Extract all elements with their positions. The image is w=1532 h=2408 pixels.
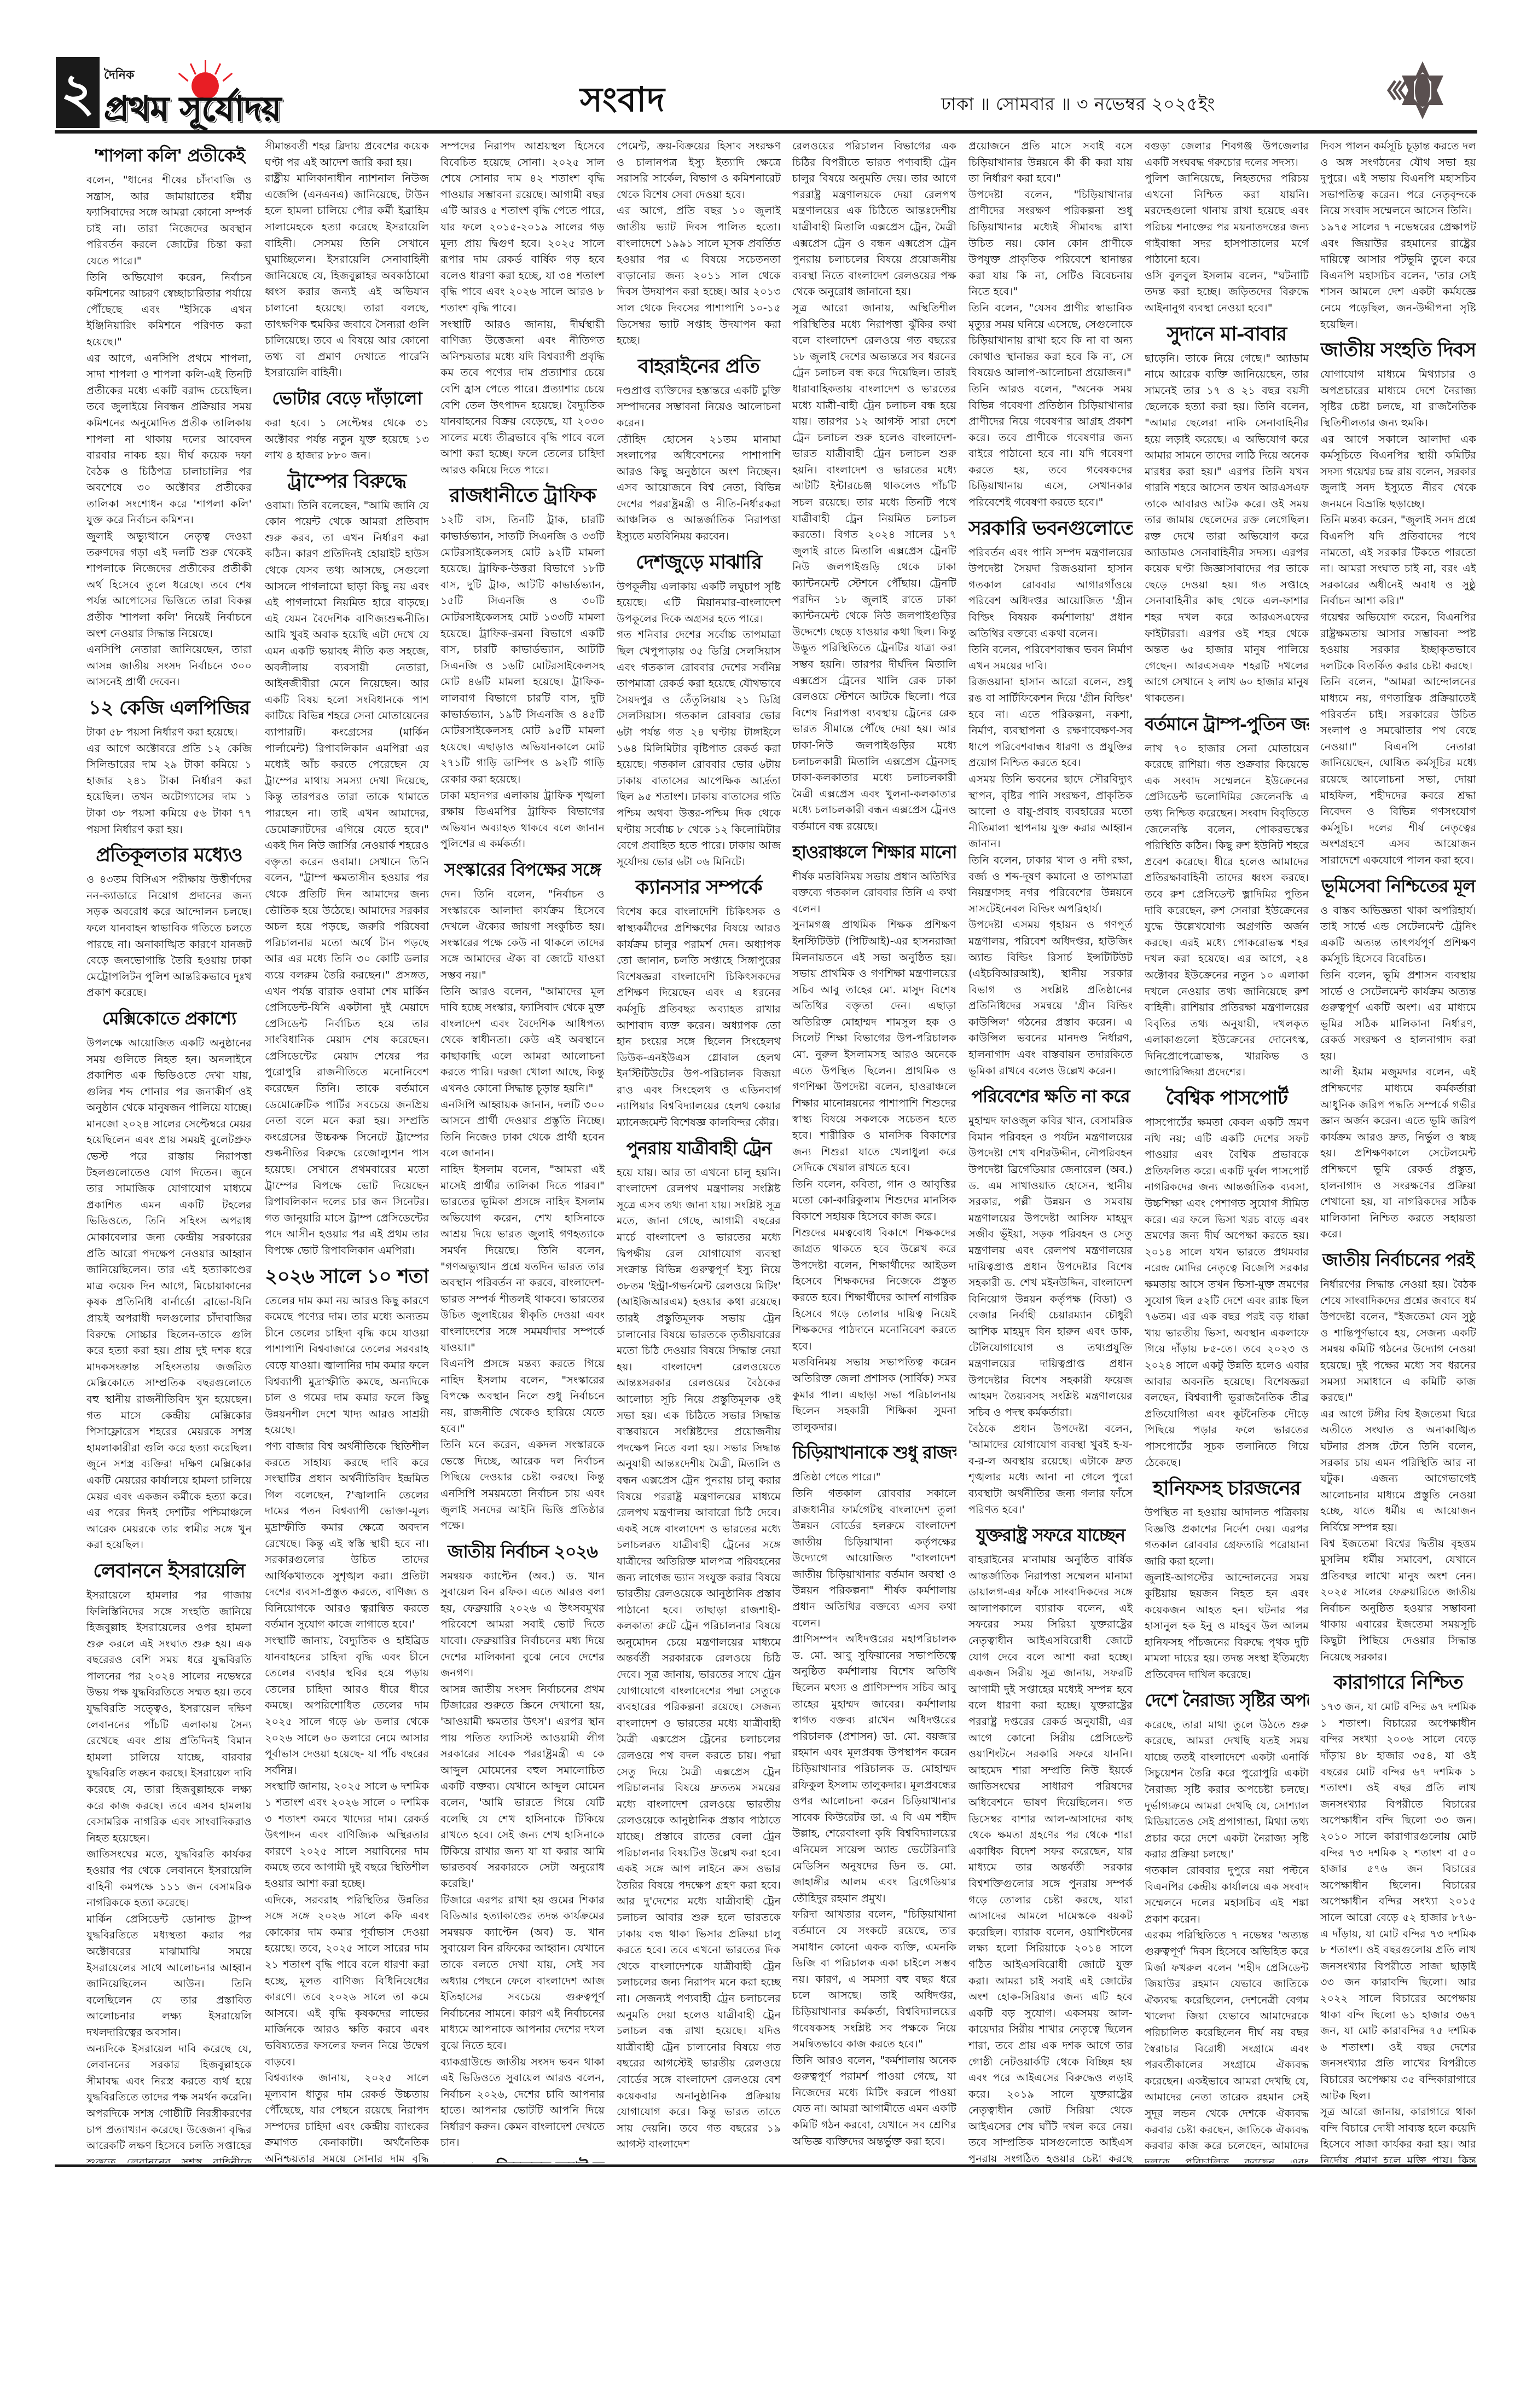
article-headline[interactable]: যুক্তরাষ্ট্র সফরে যাচ্ছেন [968,1520,1133,1550]
article-paragraph: প্রতিষ্ঠা পেতে পারে।" [792,1469,956,1485]
section-title: সংবাদ [580,74,665,130]
article-paragraph: ১৯৭৫ সালের ৭ নভেম্বরের প্রেক্ষাপট এবং জি… [1320,219,1476,332]
sun-ray-icon [223,73,233,82]
article-paragraph: এনসিপি নেতারা জানিয়েছেন, তারা আসন্ন জাত… [86,641,252,690]
article-paragraph: টাকা ৫৮ পয়সা নির্ধারণ করা হয়েছে। [86,724,252,740]
article-paragraph: পরিবর্তন এবং পানি সম্পদ মন্ত্রণালয়ের উপ… [968,545,1133,642]
article-headline[interactable]: ১২ কেজি এলপিজির [86,692,252,723]
article-headline[interactable]: সুদানে মা-বাবার [1145,319,1309,349]
article-paragraph: জুলাই-আগস্টের আন্দোলনের সময় কুষ্টিয়ায়… [1145,1570,1309,1683]
article-paragraph: উপলক্ষে আয়োজিত একটি অনুষ্ঠানের সময় গুল… [86,1035,252,1553]
article-paragraph: উপস্থিত না হওয়ায় আদালত পত্রিকায় বিজ্ঞ… [1145,1504,1309,1569]
footer-divider [55,2164,1477,2167]
article-headline[interactable]: জাতীয় সংহতি দিবস [1320,334,1476,365]
article-paragraph: ও বাস্তব অভিজ্ঞতা থাকা অপরিহার্য। তাই সা… [1320,902,1476,967]
article-paragraph: সম্পদের নিরাপদ আশ্রয়স্থল হিসেবে বিবেচিত… [440,138,605,316]
article-paragraph: জাতিসংঘের মতে, যুদ্ধবিরতি কার্যকর হওয়ার… [86,1846,252,1911]
article-paragraph: সমন্বয়ক ক্যাপ্টেন (অব.) ড. খান সুবায়েল… [440,1568,605,1681]
article-paragraph: আসন্ন জাতীয় সংসদ নির্বাচনের প্রথম টিজার… [440,1681,605,1892]
article-paragraph: সুনামগঞ্জ প্রাথমিক শিক্ষক প্রশিক্ষণ ইনস্… [792,917,956,1176]
article-headline[interactable]: বর্তমানে ট্রাম্প-পুতিন জরুরি [1145,709,1309,739]
article-headline[interactable]: কারাগারে নিশ্চিত [1320,1667,1476,1698]
article-paragraph: অন্যদিকে ইসরায়েল দাবি করেছে যে, লেবাননে… [86,2041,252,2163]
article-headline[interactable]: বৈশ্বিক পাসপোর্ট [1145,1083,1309,1113]
news-column-1: 'শাপলা কলি' প্রতীকেইবলেন, "ধানের শীষের চ… [86,138,252,2163]
news-column-2: সীমান্তবর্তী শহর ব্লিদায় প্রবেশের কয়েক… [265,138,429,2163]
page-number: ২ [56,57,100,128]
article-paragraph: উপদেষ্টা বলেন, "চিড়িয়াখানার প্রাণীদের … [968,187,1133,300]
article-paragraph: এর আগে টঙ্গীর বিশ্ব ইজতেমা ঘিরে অতীতে সং… [1320,1406,1476,1536]
article-headline[interactable]: সরকারি ভবনগুলোতে [968,513,1133,543]
article-paragraph: বিশ্বব্যাংক জানায়, ২০২৫ সালে মূল্যবান ধ… [265,2070,429,2163]
article-paragraph: তিনি বলেন, কবিতা, গান ও আবৃত্তির মতো কো-… [792,1176,956,1225]
article-paragraph: ছাড়েনি। তাকে নিয়ে গেছে।" অ্যাডাম নামে … [1145,350,1309,707]
article-paragraph: তিনি বলেন, "আমরা আন্দোলনের মাধ্যমে নয়, … [1320,674,1476,868]
article-paragraph: তিনি মনে করেন, একদল সংস্কারকে ভেস্তে দিচ… [440,1437,605,1534]
article-paragraph: তিনি বলেন, পরিবেশবান্ধব ভবন নির্মাণ এখন … [968,641,1133,674]
article-headline[interactable]: ভূমিসেবা নিশ্চিতের মূল [1320,871,1476,901]
article-headline[interactable]: রাজধানীতে ট্রাফিক [440,480,605,511]
article-paragraph: তিনি আরও বলেন, "অনেক সময় বিভিন্ন গবেষণা… [968,381,1133,511]
article-paragraph: বিশ্ব ইজতেমা বিশ্বের দ্বিতীয় বৃহত্তম মু… [1320,1536,1476,1665]
article-paragraph: এদিকে, সরবরাহ পরিস্থিতির উন্নতির সঙ্গে স… [265,1892,429,2070]
article-paragraph: সংস্থাটি জানায়, ২০২৫ সালে ৬ দশমিক ১ শতা… [265,1778,429,1891]
article-paragraph: গতকাল রোববার দুপুরে নয়া পল্টনে বিএনপির … [1145,1862,1309,1927]
article-paragraph: মার্কিন প্রেসিডেন্ট ডোনাল্ড ট্রাম্প যুদ্… [86,1911,252,2041]
article-paragraph: দেন। তিনি বলেন, "নির্বাচন ও সংস্কারকে আল… [440,886,605,983]
article-paragraph: ১২টি বাস, তিনটি ট্রাক, চারটি কাভার্ডভ্যা… [440,512,605,787]
article-paragraph: তেলের দাম কমা নয় আরও কিছু কারণে কমেছে প… [265,1293,429,1438]
article-paragraph: ইসরায়েলে হামলার পর গাজায় ফিলিস্তিনিদের… [86,1587,252,1846]
dateline: ঢাকা ॥ সোমবার ॥ ৩ নভেম্বর ২০২৫ইং [941,90,1215,120]
article-paragraph: মুহাম্মদ ফাওজুল কবির খান, বেসামরিক বিমান… [968,1113,1133,1420]
article-paragraph: সংস্থাটি আরও জানায়, দীর্ঘস্থায়ী বাণিজ্… [440,316,605,478]
article-paragraph: ওবামা। তিনি বলেছেন, "আমি জানি যে কোন পয়… [265,497,429,1259]
article-headline[interactable]: পরিবেশের ক্ষতি না করে [968,1081,1133,1112]
article-paragraph: এসময় তিনি ভবনের ছাদে সৌরবিদ্যুৎ স্থাপন,… [968,771,1133,852]
article-paragraph: পেমেন্ট, ক্রয়-বিক্রয়ের হিসাব সংরক্ষণ ও… [617,138,781,202]
article-headline[interactable]: বাহরাইনের প্রতি [617,351,781,381]
article-paragraph: জুলাই অভ্যুত্থানে নেতৃত্ব দেওয়া তরুণদের… [86,528,252,641]
article-paragraph: ও ৪৩তম বিসিএস পরীক্ষায় উত্তীর্ণদের নন-ক… [86,871,252,1001]
article-headline[interactable]: ভোটার বেড়ে দাঁড়ালো [265,383,429,414]
article-paragraph: উপদেষ্টা এসময় গৃহায়ন ও গণপূর্ত মন্ত্রণ… [968,917,1133,1079]
article-paragraph: তিনি মন্তব্য করেন, "জুলাই সনদ প্রশ্নে বি… [1320,512,1476,609]
article-paragraph: সূত্র আরো জানায়, অস্থিতিশীল পরিস্থিতির … [792,300,956,835]
article-headline[interactable]: পুনরায় যাত্রীবাহী ট্রেন [617,1133,781,1164]
article-paragraph: তিনি বলেন, ঢাকার খাল ও নদী রক্ষা, বর্জ্য… [968,852,1133,917]
article-paragraph: সীমান্তবর্তী শহর ব্লিদায় প্রবেশের কয়েক… [265,138,429,170]
sun-ray-icon [190,63,196,74]
article-paragraph: রিজওয়ানা হাসান আরো বলেন, শুধু রঙ বা সার… [968,674,1133,771]
article-paragraph: তিনি অভিযোগ করেন, নির্বাচন কমিশনের আচরণ … [86,269,252,350]
article-paragraph: ১৭৩ জন, যা মোট বন্দির ৬৭ দশমিক ১ শতাংশ। … [1320,1699,1476,2104]
article-paragraph: তৌহিদ হোসেন ২১তম মানামা সংলাপের অধিবেশনে… [617,431,781,545]
article-paragraph: প্রাণিসম্পদ অধিদপ্তরের মহাপরিচালক ড. মো.… [792,1631,956,1906]
article-paragraph: বিশেষ করে বাংলাদেশি চিকিৎসক ও স্বাস্থ্যক… [617,904,781,1130]
article-paragraph: আলী ইমাম মজুমদার বলেন, এই প্রশিক্ষণের মা… [1320,1064,1476,1242]
article-paragraph: শীর্ষক মতবিনিময় সভায় প্রধান অতিথির বক্… [792,869,956,917]
article-paragraph: এর আগে অক্টোবরে প্রতি ১২ কেজি সিলিন্ডারে… [86,740,252,838]
star-emblem-icon [1384,60,1444,120]
article-headline[interactable]: জাতীয় নির্বাচন ২০২৬ [440,1536,605,1567]
masthead-divider [55,130,1477,134]
sun-ray-icon [205,60,206,72]
article-headline[interactable]: হাওরাঞ্চলে শিক্ষার মানোন্নয়নে [792,837,956,867]
article-paragraph: প্রয়োজনে প্রতি মাসে সবাই বসে চিড়িয়াখা… [968,138,1133,187]
newspaper-logo: দৈনিক প্রথম সূর্যোদয় [104,60,285,131]
article-paragraph: বিএনপি প্রসঙ্গে মন্তব্য করতে গিয়ে নাহিদ… [440,1356,605,1437]
article-headline[interactable]: প্রতিকূলতার মধ্যেও [86,840,252,870]
sun-ray-icon [178,73,189,82]
article-paragraph: তিনি বলেন, ভূমি প্রশাসন ব্যবস্থায় সার্ভ… [1320,967,1476,1064]
article-paragraph: তিনি আরও বলেন, "আমাদের মূল দাবি হচ্ছে সং… [440,983,605,1097]
article-paragraph: ব্যাকগ্রাউন্ডে জাতীয় সংসদ ভবন থাকা এই ভ… [440,2054,605,2151]
article-paragraph: উপকূলীয় এলাকায় একটি লঘুচাপ সৃষ্টি হয়ে… [617,578,781,627]
article-paragraph: করা হবে। ১ সেপ্টেম্বর থেকে ৩১ অক্টোবর পর… [265,415,429,464]
article-paragraph: তিনি আরও বলেন, "কর্মশালায় অনেক গুরুত্বপ… [792,2052,956,2150]
article-headline[interactable]: ক্যানসার সম্পর্কে [617,872,781,902]
article-headline[interactable]: সংস্কারের বিপক্ষের সঙ্গে [440,854,605,885]
article-headline[interactable]: লেবাননে ইসরায়েলি [86,1555,252,1586]
article-paragraph: বাহরাইনের মানামায় অনুষ্ঠিত বার্ষিক আন্ত… [968,1552,1133,2163]
article-paragraph: শিশুদের মমত্ববোধ বিকাশে শিক্ষকদের জাগ্রত… [792,1225,956,1354]
masthead: ২ দৈনিক প্রথম সূর্যোদয় সংবাদ ঢাকা ॥ সোম… [55,55,1477,131]
article-paragraph: তিনি বলেন, "যেসব প্রাণীর স্বাভাবিক মৃত্য… [968,300,1133,381]
article-paragraph: পুলিশ জানিয়েছে, নিহতদের পরিচয় এখনো নিশ… [1145,170,1309,268]
article-paragraph: রাষ্ট্রীয় মালিকানাধীন ন্যাশনাল নিউজ এজে… [265,170,429,381]
article-headline[interactable]: ট্রাম্পের বিরুদ্ধে [265,466,429,496]
article-paragraph: করেছে, তারা মাথা তুলে উঠতে শুরু করেছে, আ… [1145,1717,1309,1862]
article-headline[interactable]: দেশে নৈরাজ্য সৃষ্টির অপচেষ্টা [1145,1685,1309,1716]
article-paragraph: মতবিনিময় সভায় সভাপতিত্ব করেন অতিরিক্ত … [792,1354,956,1435]
news-column-4: পেমেন্ট, ক্রয়-বিক্রয়ের হিসাব সংরক্ষণ ও… [617,138,781,2163]
article-paragraph: সংস্থাটি জানায়, বৈদ্যুতিক ও হাইব্রিড যা… [265,1633,429,1778]
article-paragraph: পণ্য বাজার বিশ্ব অর্থনীতিকে স্থিতিশীল কর… [265,1438,429,1633]
article-paragraph: বগুড়া জেলার শিবগঞ্জ উপজেলার একটি সংঘবদ্… [1145,138,1309,170]
article-paragraph: এনসিপি আহ্বায়ক জানান, দলটি ৩০০ আসনে প্র… [440,1097,605,1161]
article-paragraph: তিনি গতকাল রোববার সকালে রাজধানীর ফার্মগে… [792,1485,956,1631]
article-paragraph: হয়ে যায়। আর তা এখনো চালু হয়নি। বাংলাদ… [617,1165,781,2152]
article-headline[interactable]: 'শাপলা কলি' প্রতীকেই [86,140,252,171]
article-headline[interactable]: দেশজুড়ে মাঝারি [617,547,781,577]
article-paragraph: পাসপোর্টের ক্ষমতা কেবল একটি ভ্রমণ নথি নয… [1145,1114,1309,1471]
article-headline[interactable]: ১০-১৫ ডিসেম্বর ভ্যাট সপ্তাহ [440,2153,605,2163]
article-headline[interactable]: মেক্সিকোতে প্রকাশ্যে [86,1003,252,1034]
sun-ray-icon [214,63,221,74]
article-headline[interactable]: ২০২৬ সালে ১০ শতাংশ [265,1261,429,1292]
article-paragraph: এরকম পরিস্থিতিতে ৭ নভেম্বর 'অত্যন্ত গুরু… [1145,1927,1309,2163]
article-headline[interactable]: চিড়িয়াখানাকে শুধু রাজস্ব [792,1437,956,1468]
article-paragraph: এর আগে সকালে আলাদা এক কর্মসূচিতে বিএনপির… [1320,431,1476,512]
news-column-5: রেলওয়ের পরিচালন বিভাগের এক চিঠির বিপরীত… [792,138,956,2163]
article-paragraph: সূত্র আরো জানায়, কারাগারে থাকা বন্দি বি… [1320,2104,1476,2163]
article-paragraph: রেলওয়ের পরিচালন বিভাগের এক চিঠির বিপরীত… [792,138,956,300]
article-paragraph: যোগাযোগ মাধ্যমে মিথ্যাচার ও অপপ্রচারের ম… [1320,366,1476,431]
article-paragraph: গত শনিবার দেশের সর্বোচ্চ তাপমাত্রা ছিল খ… [617,627,781,870]
article-headline[interactable]: জাতীয় নির্বাচনের পরই [1320,1244,1476,1275]
article-paragraph: গয়েশ্বর অভিযোগ করেন, বিএনপির রাষ্ট্রক্ষ… [1320,609,1476,674]
article-paragraph: বৈঠকে প্রধান উপদেষ্টা বলেন, 'আমাদের যোগা… [968,1421,1133,1518]
news-column-6: প্রয়োজনে প্রতি মাসে সবাই বসে চিড়িয়াখা… [968,138,1133,2163]
article-paragraph: দণ্ডপ্রাপ্ত ব্যক্তিদের হস্তান্তরে একটি চ… [617,383,781,431]
news-column-7: বগুড়া জেলার শিবগঞ্জ উপজেলার একটি সংঘবদ্… [1145,138,1309,2163]
article-paragraph: নির্ধারণের সিদ্ধান্ত নেওয়া হয়। বৈঠক শে… [1320,1276,1476,1406]
article-paragraph: এর আগে, প্রতি বছর ১০ জুলাই জাতীয় ভ্যাট … [617,202,781,348]
article-paragraph: ওসি বুলবুল ইসলাম বলেন, "ঘটনাটি তদন্ত করা… [1145,268,1309,316]
article-paragraph: এর আগে, এনসিপি প্রথমে শাপলা, সাদা শাপলা … [86,350,252,529]
article-headline[interactable]: হানিফসহ চারজনের [1145,1473,1309,1503]
article-paragraph: দিবস পালন কর্মসূচি চূড়ান্ত করতে দল ও অঙ… [1320,138,1476,219]
news-column-8: দিবস পালন কর্মসূচি চূড়ান্ত করতে দল ও অঙ… [1320,138,1476,2163]
article-paragraph: বলেন, "ধানের শীষের চাঁদাবাজি ও সন্ত্রাস,… [86,172,252,269]
article-paragraph: ফরিদা আখতার বলেন, "চিড়িয়াখানা বর্তমানে… [792,1906,956,2052]
article-paragraph: নাহিদ ইসলাম বলেন, "আমরা এই মাসেই প্রার্থ… [440,1161,605,1356]
article-paragraph: লাখ ৭০ হাজার সেনা মোতায়েন করেছে রাশিয়া… [1145,740,1309,1080]
article-paragraph: টিজারে এরপর রাখা হয় গুমের শিকার বিডিআর … [440,1892,605,2054]
article-paragraph: ঢাকা মহানগর এলাকায় ট্রাফিক শৃঙ্খলা রক্ষ… [440,788,605,852]
news-column-3: সম্পদের নিরাপদ আশ্রয়স্থল হিসেবে বিবেচিত… [440,138,605,2163]
